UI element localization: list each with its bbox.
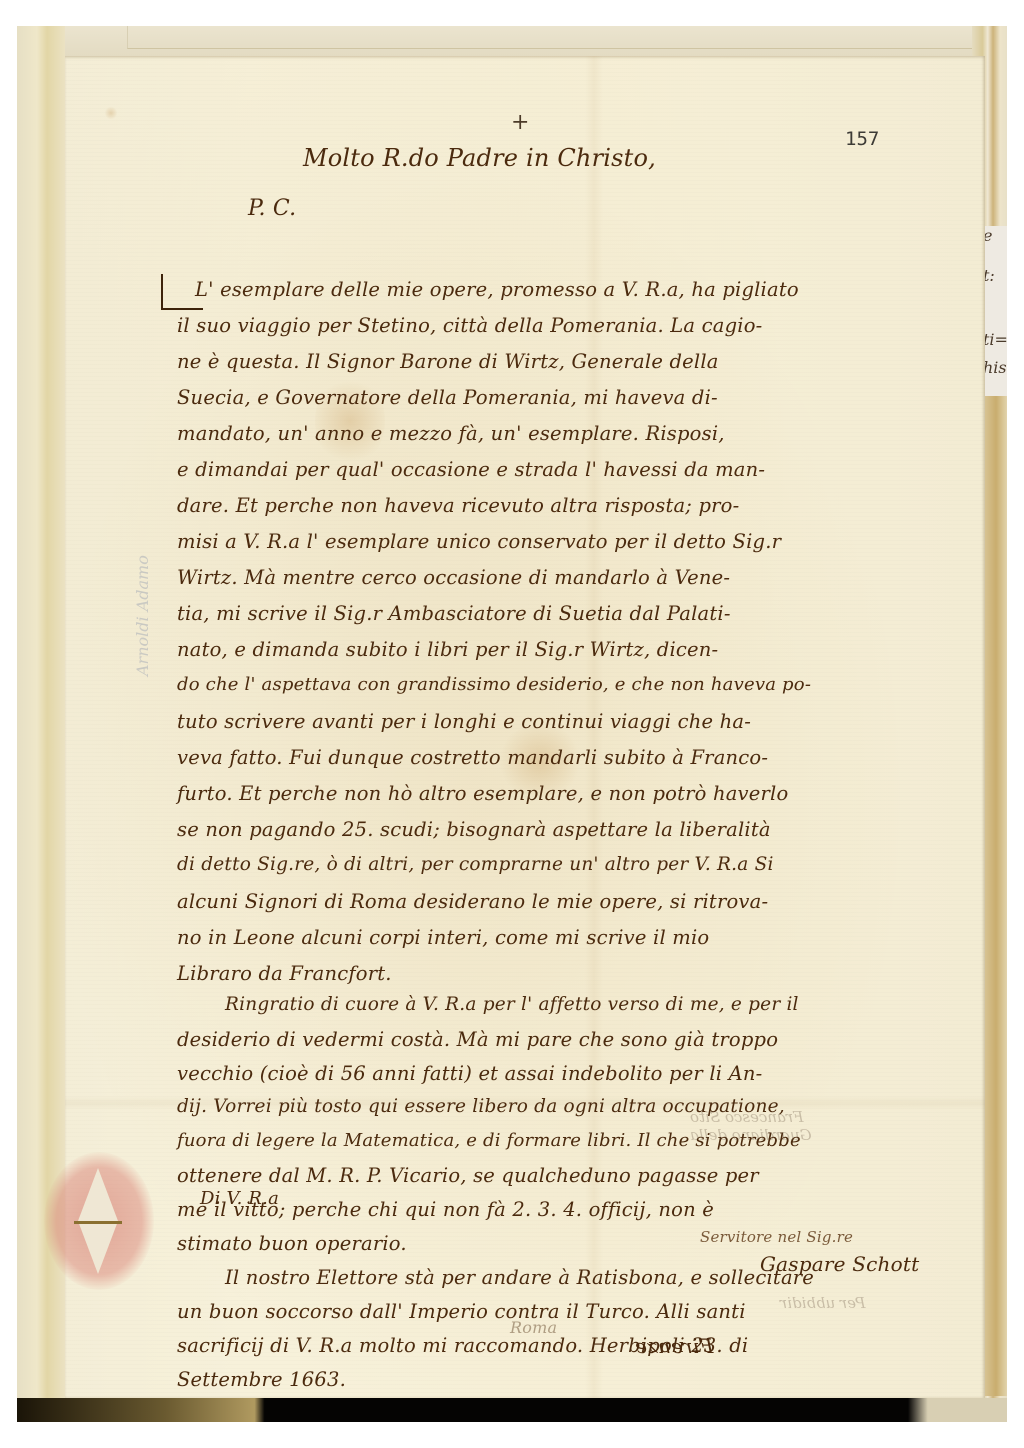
body-line: alcuni Signori di Roma desiderano le mie… xyxy=(177,890,768,913)
body-line: tuto scrivere avanti per i longhi e cont… xyxy=(177,710,751,733)
subscription: Servitore nel Sig.re xyxy=(700,1228,853,1246)
body-line: Libraro da Francfort. xyxy=(177,962,392,985)
bleed-through-text: Per ubbidir xyxy=(780,1294,865,1312)
body-line: furto. Et perche non hò altro esemplare,… xyxy=(177,782,788,805)
underlying-page-edge-inner xyxy=(127,26,988,49)
signature: Gaspare Schott xyxy=(760,1252,919,1276)
bleed-through-text: Guardiano della xyxy=(690,1126,812,1144)
body-line: vecchio (cioè di 56 anni fatti) et assai… xyxy=(177,1062,762,1085)
page-stack-edge-lower xyxy=(985,396,1007,1396)
stamp-bar xyxy=(74,1221,122,1224)
body-line: do che l' aspettava con grandissimo desi… xyxy=(177,674,811,695)
endorsement-text: Firenze xyxy=(635,1334,713,1358)
body-line: nato, e dimanda subito i libri per il Si… xyxy=(177,638,718,661)
body-line: Wirtz. Mà mentre cerco occasione di mand… xyxy=(177,566,730,589)
body-line: no in Leone alcuni corpi interi, come mi… xyxy=(177,926,709,949)
bleed-through-text: Francesco Sito xyxy=(690,1108,804,1126)
top-cross-mark: + xyxy=(511,110,529,135)
body-line: se non pagando 25. scudi; bisognarà aspe… xyxy=(177,818,771,841)
body-line: Il nostro Elettore stà per andare à Rati… xyxy=(225,1266,814,1289)
body-line: Suecia, e Governatore della Pomerania, m… xyxy=(177,386,718,409)
library-stamp xyxy=(44,1152,154,1290)
glimpse-text: his xyxy=(983,358,1007,377)
body-line: e dimandai per qual' occasione e strada … xyxy=(177,458,765,481)
body-line: L' esemplare delle mie opere, promesso a… xyxy=(195,278,799,301)
scan-bottom-edge xyxy=(17,1398,1007,1422)
body-line: ne è questa. Il Signor Barone di Wirtz, … xyxy=(177,350,719,373)
body-line: misi a V. R.a l' esemplare unico conserv… xyxy=(177,530,781,553)
glimpse-text: ti= xyxy=(983,330,1007,349)
body-line: veva fatto. Fui dunque costretto mandarl… xyxy=(177,746,768,769)
opening-abbreviation: P. C. xyxy=(248,196,296,221)
body-line: dare. Et perche non haveva ricevuto altr… xyxy=(177,494,739,517)
body-line: ottenere dal M. R. P. Vicario, se qualch… xyxy=(177,1164,759,1187)
body-line: tia, mi scrive il Sig.r Ambasciatore di … xyxy=(177,602,731,625)
body-line: Settembre 1663. xyxy=(177,1368,346,1391)
body-line: un buon soccorso dall' Imperio contra il… xyxy=(177,1300,746,1323)
body-line: Ringratio di cuore à V. R.a per l' affet… xyxy=(225,994,799,1015)
address-fragment: Roma xyxy=(510,1318,557,1337)
stain xyxy=(105,106,117,120)
folio-number: 157 xyxy=(845,128,879,150)
faded-margin-annotation: Arnoldi Adamo xyxy=(133,555,152,676)
body-line: stimato buon operario. xyxy=(177,1232,407,1255)
body-line: desiderio di vedermi costà. Mà mi pare c… xyxy=(177,1028,778,1051)
manuscript-scan: e t: ti= his Arnoldi Adamo + 157 Molto R… xyxy=(17,26,1007,1422)
body-line: mandato, un' anno e mezzo fà, un' esempl… xyxy=(177,422,725,445)
body-line: di detto Sig.re, ò di altri, per comprar… xyxy=(177,854,774,875)
closing-formula: Di V. R.a xyxy=(200,1188,279,1209)
salutation: Molto R.do Padre in Christo, xyxy=(303,144,656,172)
body-line: il suo viaggio per Stetino, città della … xyxy=(177,314,762,337)
